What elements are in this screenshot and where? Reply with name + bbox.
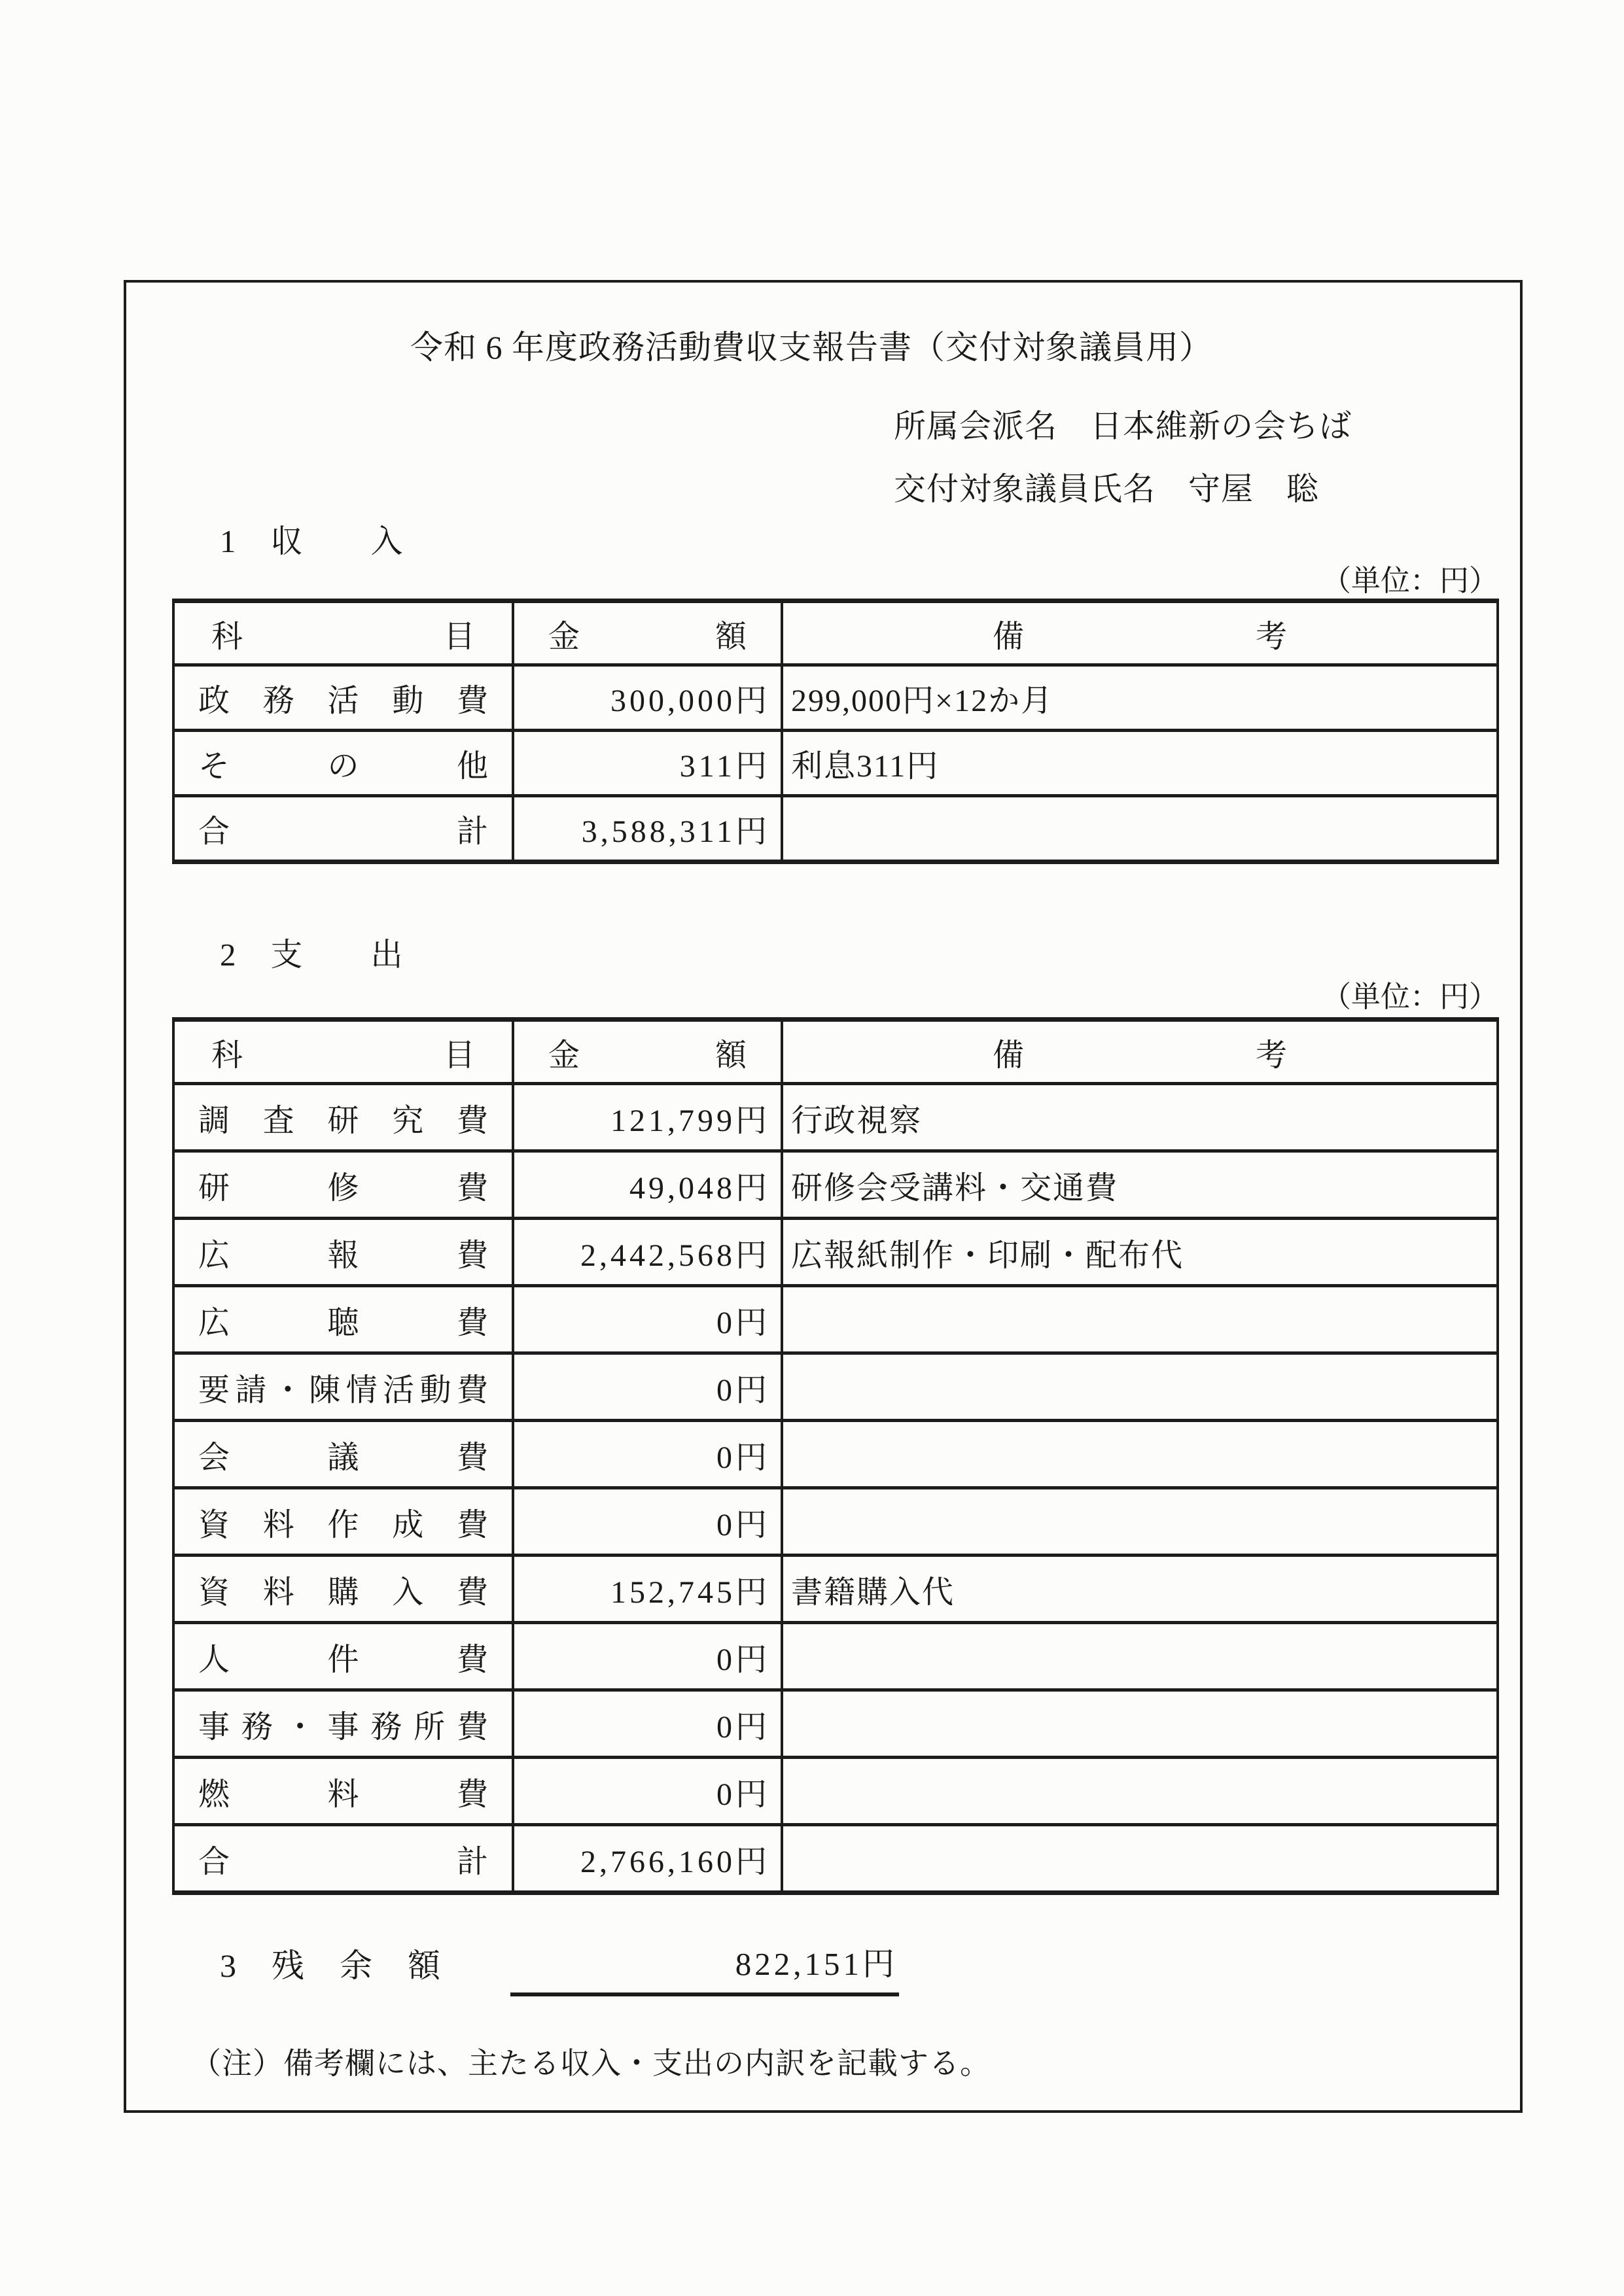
amount-cell: 311円 (514, 732, 783, 794)
amount-cell: 300,000円 (514, 667, 783, 729)
expense-row: 調査研究費 121,799円 行政視察 (175, 1085, 1496, 1153)
expense-row: 広報費 2,442,568円 広報紙制作・印刷・配布代 (175, 1220, 1496, 1287)
note-header-cell: 備考 (783, 603, 1496, 663)
subject-cell: その他 (175, 732, 514, 794)
subject-header-label: 科目 (175, 1030, 512, 1075)
amount-cell: 0円 (514, 1759, 783, 1823)
note-cell: 広報紙制作・印刷・配布代 (783, 1220, 1496, 1284)
note-cell: 299,000円×12か月 (783, 667, 1496, 729)
subject-cell: 要請・陳情活動費 (175, 1355, 514, 1419)
note-cell (783, 1355, 1496, 1419)
member-label: 交付対象議員氏名 (894, 471, 1156, 507)
subject-text: 燃料費 (175, 1769, 512, 1814)
income-total-row: 合計 3,588,311円 (175, 797, 1496, 860)
note-cell: 利息311円 (783, 732, 1496, 794)
subject-cell: 広報費 (175, 1220, 514, 1284)
amount-header-label: 金額 (514, 1030, 781, 1075)
subject-text: 事務・事務所費 (175, 1701, 512, 1747)
subject-text: 合計 (175, 806, 512, 851)
subject-cell: 合計 (175, 797, 514, 860)
subject-text: 資料作成費 (175, 1499, 512, 1544)
subject-cell: 人件費 (175, 1624, 514, 1688)
subject-text: 調査研究費 (175, 1095, 512, 1140)
subject-text: 研修費 (175, 1162, 512, 1208)
affiliation-line: 所属会派名 日本維新の会ちば (894, 406, 1352, 446)
amount-cell: 121,799円 (514, 1085, 783, 1149)
expense-section-heading: 2 支 出 (220, 935, 404, 975)
subject-text: 政務活動費 (175, 675, 512, 720)
expense-unit-note: （単位：円） (1322, 979, 1498, 1015)
subject-text: 資料購入費 (175, 1567, 512, 1612)
amount-cell: 0円 (514, 1287, 783, 1351)
amount-header-cell: 金額 (514, 603, 783, 663)
amount-cell: 0円 (514, 1489, 783, 1554)
subject-cell: 事務・事務所費 (175, 1692, 514, 1756)
expense-table: 科目 金額 備考 調査研究費 121,799円 行政視察 研修費 49,048円… (172, 1017, 1499, 1895)
balance-heading: 3 残 余 額 (220, 1945, 442, 1987)
note-cell (783, 1422, 1496, 1486)
note-cell: 研修会受講料・交通費 (783, 1153, 1496, 1217)
note-cell (783, 797, 1496, 860)
note-cell (783, 1759, 1496, 1823)
note-cell (783, 1287, 1496, 1351)
amount-header-cell: 金額 (514, 1022, 783, 1082)
subject-cell: 政務活動費 (175, 667, 514, 729)
affiliation-value: 日本維新の会ちば (1090, 408, 1352, 444)
expense-row: 要請・陳情活動費 0円 (175, 1355, 1496, 1422)
member-line: 交付対象議員氏名 守屋 聡 (894, 469, 1319, 509)
expense-row: 燃料費 0円 (175, 1759, 1496, 1826)
note-cell: 書籍購入代 (783, 1557, 1496, 1621)
note-header-cell: 備考 (783, 1022, 1496, 1082)
amount-header-label: 金額 (514, 611, 781, 656)
income-row: その他 311円 利息311円 (175, 732, 1496, 797)
affiliation-label: 所属会派名 (894, 408, 1057, 444)
note-cell: 行政視察 (783, 1085, 1496, 1149)
subject-cell: 資料作成費 (175, 1489, 514, 1554)
subject-cell: 調査研究費 (175, 1085, 514, 1149)
subject-header-label: 科目 (175, 611, 512, 656)
balance-underline (510, 1992, 899, 1996)
balance-amount: 822,151円 (510, 1944, 898, 1984)
expense-header-row: 科目 金額 備考 (175, 1022, 1496, 1085)
amount-cell: 152,745円 (514, 1557, 783, 1621)
amount-cell: 0円 (514, 1624, 783, 1688)
subject-header-cell: 科目 (175, 603, 514, 663)
amount-cell: 2,442,568円 (514, 1220, 783, 1284)
note-cell (783, 1692, 1496, 1756)
expense-total-row: 合計 2,766,160円 (175, 1826, 1496, 1890)
subject-text: 会議費 (175, 1432, 512, 1477)
subject-cell: 広聴費 (175, 1287, 514, 1351)
income-header-row: 科目 金額 備考 (175, 603, 1496, 667)
income-table: 科目 金額 備考 政務活動費 300,000円 299,000円×12か月 その… (172, 599, 1499, 864)
note-header-label: 備考 (993, 1030, 1287, 1075)
income-section-heading: 1 収 入 (220, 521, 404, 561)
subject-text: 広報費 (175, 1230, 512, 1275)
subject-cell: 燃料費 (175, 1759, 514, 1823)
income-row: 政務活動費 300,000円 299,000円×12か月 (175, 667, 1496, 732)
subject-text: 合計 (175, 1836, 512, 1881)
amount-cell: 2,766,160円 (514, 1826, 783, 1890)
page-title: 令和 6 年度政務活動費収支報告書（交付対象議員用） (131, 327, 1492, 368)
subject-cell: 合計 (175, 1826, 514, 1890)
subject-text: 広聴費 (175, 1297, 512, 1342)
subject-text: その他 (175, 740, 512, 786)
subject-cell: 研修費 (175, 1153, 514, 1217)
expense-row: 人件費 0円 (175, 1624, 1496, 1692)
expense-row: 資料購入費 152,745円 書籍購入代 (175, 1557, 1496, 1624)
scanned-report-page: 令和 6 年度政務活動費収支報告書（交付対象議員用） 所属会派名 日本維新の会ち… (0, 0, 1624, 2296)
amount-cell: 49,048円 (514, 1153, 783, 1217)
expense-row: 広聴費 0円 (175, 1287, 1496, 1355)
amount-cell: 0円 (514, 1422, 783, 1486)
subject-header-cell: 科目 (175, 1022, 514, 1082)
note-header-label: 備考 (993, 611, 1287, 656)
subject-cell: 会議費 (175, 1422, 514, 1486)
expense-row: 資料作成費 0円 (175, 1489, 1496, 1557)
note-cell (783, 1489, 1496, 1554)
income-unit-note: （単位：円） (1322, 563, 1498, 599)
amount-cell: 3,588,311円 (514, 797, 783, 860)
amount-cell: 0円 (514, 1692, 783, 1756)
footnote: （注）備考欄には、主たる収入・支出の内訳を記載する。 (191, 2045, 991, 2083)
member-value: 守屋 聡 (1188, 471, 1319, 507)
subject-cell: 資料購入費 (175, 1557, 514, 1621)
expense-row: 事務・事務所費 0円 (175, 1692, 1496, 1759)
note-cell (783, 1826, 1496, 1890)
note-cell (783, 1624, 1496, 1688)
expense-row: 会議費 0円 (175, 1422, 1496, 1489)
subject-text: 人件費 (175, 1634, 512, 1679)
subject-text: 要請・陳情活動費 (175, 1365, 512, 1410)
expense-row: 研修費 49,048円 研修会受講料・交通費 (175, 1153, 1496, 1220)
amount-cell: 0円 (514, 1355, 783, 1419)
